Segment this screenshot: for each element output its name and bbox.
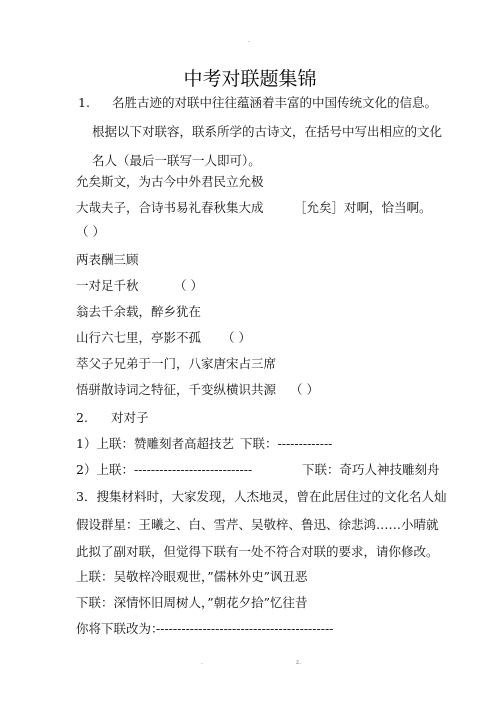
- couplet-4-answer[interactable]: （ ）: [290, 382, 319, 398]
- q3-line-3: 此拟了副对联，但觉得下联有一处不符合对联的要求，请你修改。: [76, 544, 439, 560]
- q3-upper-couplet: 上联：吴敬梓冷眼观世，”儒林外史”讽丑恶: [76, 569, 308, 585]
- q2-item-1-upper: 1）上联：赞雕刻者高超技艺: [76, 436, 234, 452]
- q3-lower-couplet: 下联：深情怀旧周树人，”朝花夕拾”忆往昔: [76, 595, 308, 611]
- couplet-1-note: ［允矣］对啊，恰当啊。: [294, 200, 432, 216]
- q2-item-2-upper[interactable]: 2）上联：----------------------------: [76, 462, 252, 478]
- couplet-1-line-2: 大哉夫子，合诗书易礼春秋集大成: [76, 200, 264, 216]
- couplet-2-line-1: 两表酬三顾: [76, 252, 139, 268]
- couplet-2-answer[interactable]: （ ）: [174, 278, 203, 294]
- q1-instruction-2: 名人（最后一联写一人即可）。: [92, 153, 261, 169]
- q3-line-2: 假设群星：王曦之、白、雪芹、吴敬梓、鲁迅、徐悲鸿……小晴就: [76, 517, 439, 533]
- couplet-1-line-1: 允矣斯文，为古今中外君民立允极: [76, 174, 264, 190]
- q2-title: 对对子: [111, 410, 149, 426]
- footer-mark-left: .: [201, 659, 203, 666]
- couplet-3-line-1: 翁去千余载，醉乡犹在: [76, 304, 201, 320]
- q2-item-2-lower: 下联：奇巧人神技雕刻舟: [302, 462, 440, 478]
- couplet-3-line-2: 山行六七里，亭影不孤: [76, 330, 201, 346]
- document-page: - 中考对联题集锦 1. 名胜古迹的对联中往往蕴涵着丰富的中国传统文化的信息。 …: [0, 0, 500, 707]
- footer-mark-right: z.: [296, 659, 301, 666]
- q1-number: 1.: [78, 95, 90, 111]
- couplet-2-line-2: 一对足千秋: [76, 278, 139, 294]
- header-mark: -: [248, 38, 250, 45]
- couplet-4-line-1: 萃父子兄弟于一门，八家唐宋占三席: [76, 356, 276, 372]
- couplet-1-answer[interactable]: （ ）: [76, 224, 105, 240]
- q1-intro: 名胜古迹的对联中往往蕴涵着丰富的中国传统文化的信息。: [112, 95, 437, 111]
- q2-item-1-lower[interactable]: 下联：-------------: [240, 436, 332, 452]
- q3-revise-blank[interactable]: ----------------------------------------…: [156, 621, 333, 637]
- q1-instruction-1: 根据以下对联容，联系所学的古诗文，在括号中写出相应的文化: [92, 124, 442, 140]
- page-title: 中考对联题集锦: [0, 64, 500, 91]
- q2-number: 2.: [76, 410, 88, 426]
- q3-revise-prompt: 你将下联改为：: [76, 621, 164, 637]
- couplet-4-line-2: 悟骈散诗词之特征，千变纵横识共源: [76, 382, 276, 398]
- couplet-3-answer[interactable]: （ ）: [222, 330, 251, 346]
- q3-line-1: 3．搜集材料时，大家发现，人杰地灵，曾在此居住过的文化名人灿: [76, 489, 446, 505]
